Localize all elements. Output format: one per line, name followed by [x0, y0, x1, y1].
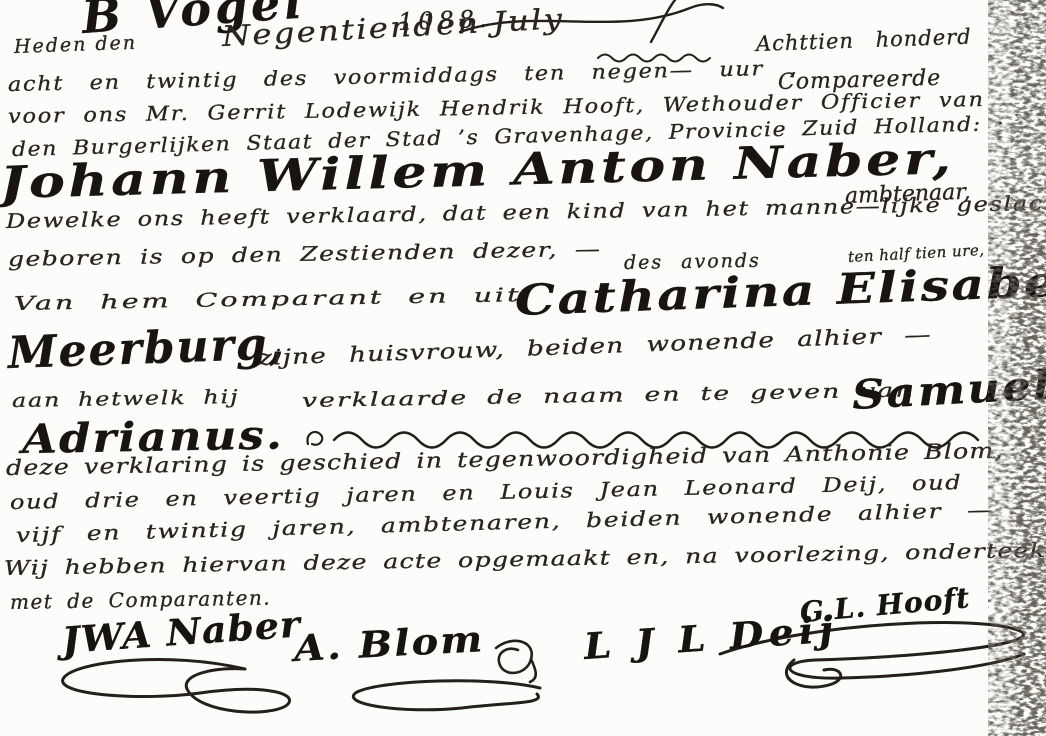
body-line-1-pre: Heden den: [14, 32, 138, 58]
body-line-7-pre: geboren is op den Zestienden dezer, —: [8, 237, 602, 271]
body-line-1-post: Achttien honderd: [756, 24, 972, 56]
body-line-15: Wij hebben hiervan deze acte opgemaakt e…: [4, 537, 1046, 580]
father-signature-flourish-icon: [50, 655, 310, 719]
mother-name-last: Meerburg,: [7, 318, 287, 379]
body-line-10-pre: aan hetwelk hij: [12, 386, 240, 412]
body-line-8-pre: Van hem Comparant en uit: [14, 284, 522, 315]
child-name-first: Samuel: [851, 362, 1046, 419]
body-line-2: acht en twintig des voormiddags ten nege…: [8, 55, 799, 96]
witness1-loop-flourish-icon: [486, 632, 544, 684]
document-scan: B Vogel 1088. Heden den Negentienden Jul…: [0, 0, 1046, 736]
signature-witness2: L J L Deij: [583, 608, 840, 668]
signature-witness1: A. Blom: [293, 618, 485, 670]
body-line-9-post: zijne huisvrouw, beiden wonende alhier —: [258, 322, 933, 370]
mother-name-first: Catharina Elisabeth: [514, 255, 1046, 325]
body-line-10-mid: verklaarde de naam en te geven van: [302, 379, 915, 412]
witness1-underflourish-icon: [340, 674, 554, 720]
